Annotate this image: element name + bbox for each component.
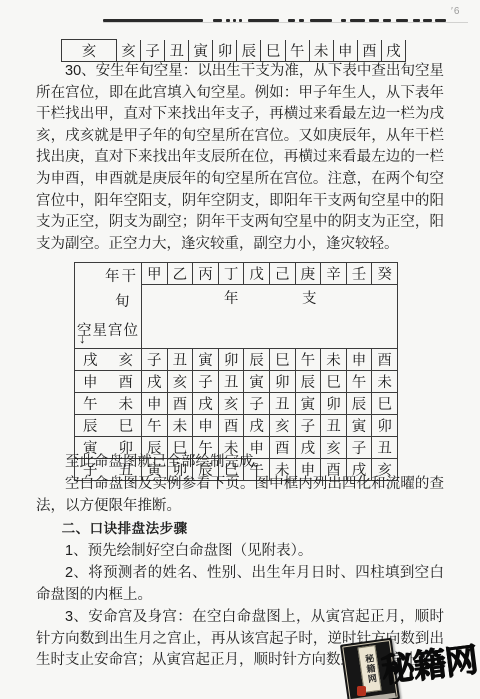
branch-cell: 寅 [244, 371, 270, 393]
branch-cell: 亥 [117, 40, 141, 62]
branch-cell: 未 [372, 371, 398, 393]
branch-cell: 子 [193, 371, 219, 393]
pair-branch: 酉 [119, 371, 134, 392]
pair-branch: 戌 [83, 349, 98, 370]
table-row: 戌亥子丑寅卯辰巳午未申酉 [75, 349, 398, 371]
branch-cell: 丑 [165, 40, 189, 62]
closing-note: 空白命盘图及实例参看下页。图中框内列出四化和流曜的查法，以方便限年推断。 [36, 474, 444, 518]
step-2: 2、将预测者的姓名、性别、出生年月日时、四柱填到空白命盘图的内框上。 [36, 563, 444, 607]
year-branch-axis-cell: 年 支 [142, 285, 398, 349]
branch-cell: 未 [167, 415, 193, 437]
carryover-row: 亥 亥子丑寅卯辰巳午未申酉戌 [62, 40, 406, 62]
stem-cell: 癸 [372, 263, 398, 285]
page-number: ′6 [451, 6, 460, 17]
branch-cell: 卯 [372, 415, 398, 437]
branch-cell: 酉 [167, 393, 193, 415]
branch-cell: 午 [346, 371, 372, 393]
branch-cell: 戌 [381, 40, 405, 62]
branch-cell: 丑 [167, 349, 193, 371]
rule-segment [299, 19, 304, 22]
branch-cell: 巳 [321, 371, 347, 393]
rule-segment [423, 19, 432, 22]
axis-label-branch: 支 [302, 287, 317, 308]
paragraph-30: 30、安生年旬空星：以出生干支为准，从下表中查出旬空星所在宫位，即在此宫填入旬空… [36, 61, 444, 255]
rule-segment [383, 19, 391, 22]
top-rule [0, 0, 480, 26]
branch-cell: 巳 [372, 393, 398, 415]
branch-cell: 卯 [218, 349, 244, 371]
branch-cell: 辰 [295, 371, 321, 393]
corner-header-cell: 年干 旬 空星宫位 ↓ [75, 263, 142, 349]
xunkong-pair-cell: 午未 [75, 393, 142, 415]
branch-cell: 丑 [218, 371, 244, 393]
branch-cell: 申 [142, 393, 168, 415]
step-1: 1、预先绘制好空白命盘图（见附表）。 [36, 541, 444, 563]
corner-label-year-stem: 年干 [105, 265, 138, 286]
branch-cell: 午 [295, 349, 321, 371]
rule-segment [350, 19, 365, 22]
xunkong-pair-cell: 申酉 [75, 371, 142, 393]
pair-branch: 未 [119, 393, 134, 414]
page-number-value: 6 [454, 6, 461, 17]
branch-cell: 寅 [193, 349, 219, 371]
pair-wrap: 辰巳 [83, 415, 133, 436]
stem-cell: 己 [269, 263, 295, 285]
branch-cell: 亥 [269, 415, 295, 437]
top-rule-baseline [103, 22, 468, 23]
table-row: 申酉戌亥子丑寅卯辰巳午未 [75, 371, 398, 393]
scanned-book-page: ′6 亥 亥子丑寅卯辰巳午未申酉戌 30、安生年旬空星：以出生干支为准，从下表中… [0, 0, 480, 699]
xunkong-table: 年干 旬 空星宫位 ↓ 甲乙丙丁戊己庚辛壬癸 年 支 戌亥子丑寅卯辰巳午未申酉申… [74, 262, 398, 481]
carryover-table: 亥 亥子丑寅卯辰巳午未申酉戌 [61, 39, 406, 62]
rule-segment [103, 19, 203, 22]
closing-line: 至此命盘图就已全部绘制完成。 [36, 452, 444, 474]
branch-cell: 未 [309, 40, 333, 62]
rule-segment [369, 19, 379, 22]
pair-branch: 辰 [83, 415, 98, 436]
branch-cell: 卯 [321, 393, 347, 415]
branch-cell: 辰 [346, 393, 372, 415]
pair-wrap: 申酉 [83, 371, 133, 392]
stem-cell: 戊 [244, 263, 270, 285]
branch-cell: 午 [142, 415, 168, 437]
branch-cell: 丑 [321, 415, 347, 437]
branch-cell: 子 [295, 415, 321, 437]
stem-cell: 庚 [295, 263, 321, 285]
pair-wrap: 戌亥 [83, 349, 133, 370]
rule-segment [435, 19, 446, 22]
rule-segment [288, 19, 295, 22]
branch-cell: 酉 [218, 415, 244, 437]
branch-cell: 寅 [189, 40, 213, 62]
pair-branch: 申 [83, 371, 98, 392]
branch-cell: 子 [141, 40, 165, 62]
branch-cell: 戌 [244, 415, 270, 437]
rule-segment [248, 19, 279, 22]
stem-cell: 甲 [142, 263, 168, 285]
stem-cell: 丙 [193, 263, 219, 285]
branch-cell: 申 [346, 349, 372, 371]
branch-cell: 巳 [269, 349, 295, 371]
branch-cell: 戌 [193, 393, 219, 415]
branch-cell: 子 [142, 349, 168, 371]
rule-segment [233, 19, 236, 22]
branch-cell: 申 [193, 415, 219, 437]
branch-cell: 戌 [142, 371, 168, 393]
carryover-label-cell: 亥 [62, 40, 117, 62]
pair-branch: 巳 [119, 415, 134, 436]
rule-segment [213, 19, 222, 22]
stem-cell: 辛 [321, 263, 347, 285]
table-row: 辰巳午未申酉戌亥子丑寅卯 [75, 415, 398, 437]
section-heading: 二、口诀排盘法步骤 [36, 517, 444, 541]
branch-cell: 申 [333, 40, 357, 62]
xunkong-pair-cell: 辰巳 [75, 415, 142, 437]
stem-cell: 丁 [218, 263, 244, 285]
xunkong-pair-cell: 戌亥 [75, 349, 142, 371]
branch-cell: 子 [244, 393, 270, 415]
branch-cell: 亥 [218, 393, 244, 415]
rule-segment [396, 19, 408, 22]
axis-label-year: 年 [224, 287, 239, 308]
red-seal-icon [357, 686, 366, 696]
branch-cell: 丑 [269, 393, 295, 415]
stem-header-row: 年干 旬 空星宫位 ↓ 甲乙丙丁戊己庚辛壬癸 [75, 263, 398, 285]
pair-branch: 午 [83, 393, 98, 414]
branch-cell: 酉 [372, 349, 398, 371]
branch-cell: 未 [321, 349, 347, 371]
table-row: 午未申酉戌亥子丑寅卯辰巳 [75, 393, 398, 415]
corner-label-kongxing-gongwei: 空星宫位 [77, 319, 139, 340]
rule-segment [341, 19, 346, 22]
branch-cell: 酉 [357, 40, 381, 62]
pair-branch: 亥 [119, 349, 134, 370]
stem-cell: 壬 [346, 263, 372, 285]
down-arrow-icon: ↓ [79, 331, 86, 346]
branch-cell: 辰 [244, 349, 270, 371]
stem-cell: 乙 [167, 263, 193, 285]
rule-segment [239, 19, 242, 22]
branch-cell: 巳 [261, 40, 285, 62]
rule-segment [310, 19, 332, 22]
branch-cell: 卯 [269, 371, 295, 393]
branch-cell: 亥 [167, 371, 193, 393]
branch-cell: 寅 [346, 415, 372, 437]
branch-cell: 卯 [213, 40, 237, 62]
branch-cell: 午 [285, 40, 309, 62]
rule-segment [226, 19, 230, 22]
branch-cell: 辰 [237, 40, 261, 62]
branch-cell: 寅 [295, 393, 321, 415]
rule-segment [413, 19, 420, 22]
pair-wrap: 午未 [83, 393, 133, 414]
corner-label-xun: 旬 [115, 290, 130, 311]
